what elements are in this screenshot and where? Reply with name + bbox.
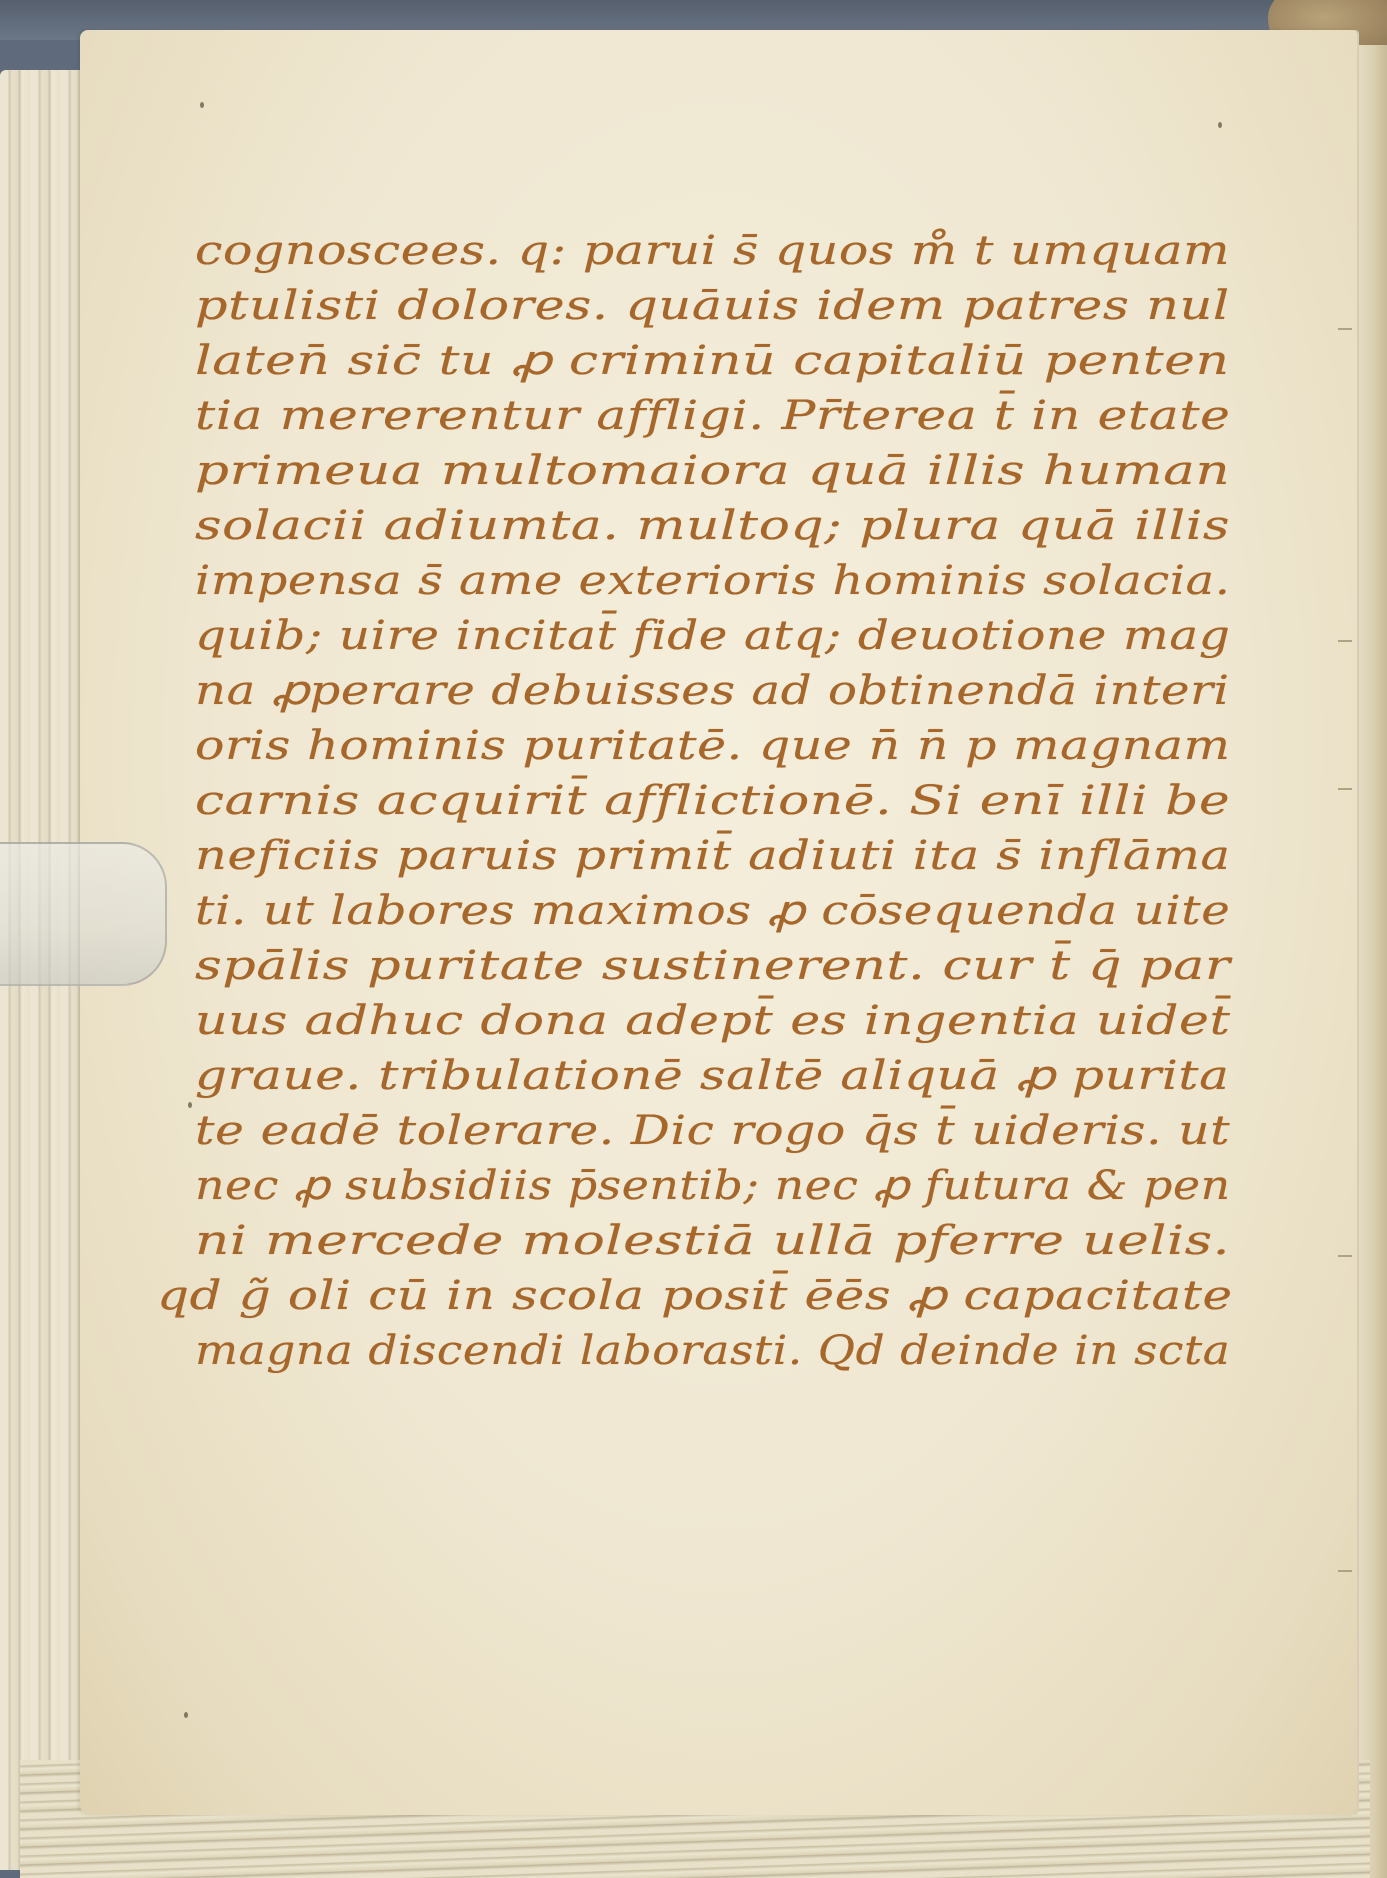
text-line: impensa s̄ ame exterioris hominis solaci… xyxy=(195,558,1231,604)
text-line: laten̄ sic̄ tu ꝓ criminū capitaliū pente… xyxy=(195,338,1230,384)
page-clip xyxy=(0,842,167,986)
text-line: ti. ut labores maximos ꝓ cōsequenda uite xyxy=(195,888,1230,934)
stain-spot xyxy=(1218,122,1222,128)
pricking-mark xyxy=(1338,1570,1352,1572)
page-edge-right xyxy=(1355,45,1387,1878)
pricking-mark xyxy=(1338,1255,1352,1257)
text-line: ptulisti dolores. quāuis idem patres nul xyxy=(195,283,1230,329)
text-line: magna discendi laborasti. Qd deinde in s… xyxy=(195,1328,1230,1374)
text-line: te eadē tolerare. Dic rogo q̄s t̄ uideri… xyxy=(195,1108,1230,1154)
text-line: nec ꝓ subsidiis p̄sentib; nec ꝓ futura &… xyxy=(195,1163,1231,1209)
text-line: solacii adiumta. multoq; plura quā illis xyxy=(195,503,1230,549)
text-line: qd g̃ oli cū in scola posit̄ ēēs ꝓ capac… xyxy=(157,1273,1233,1319)
text-line: neficiis paruis primit̄ adiuti ita s̄ in… xyxy=(195,833,1231,879)
text-line: na ꝓperare debuisses ad obtinendā interi xyxy=(195,668,1230,714)
pricking-mark xyxy=(1338,328,1352,330)
stain-spot xyxy=(200,102,204,108)
stain-spot xyxy=(188,1102,192,1108)
text-line: uus adhuc dona adept̄ es ingentia uidet̄ xyxy=(195,998,1231,1044)
stain-spot xyxy=(184,1712,188,1718)
text-line: primeua multomaiora quā illis human xyxy=(195,448,1230,494)
text-line: spālis puritate sustinerent. cur t̄ q̄ p… xyxy=(195,943,1231,989)
text-line: oris hominis puritatē. que n̄ n̄ p magna… xyxy=(195,723,1231,769)
text-line: graue. tribulationē saltē aliquā ꝓ purit… xyxy=(195,1053,1229,1099)
text-line: tia mererentur affligi. Pr̄terea t̄ in e… xyxy=(195,393,1231,439)
text-line: carnis acquirit̄ afflictionē. Si enī ill… xyxy=(195,778,1230,824)
text-line: quib; uire incitat̄ fide atq; deuotione … xyxy=(195,613,1230,659)
pricking-mark xyxy=(1338,788,1352,790)
pricking-mark xyxy=(1338,640,1352,642)
text-line: cognoscees. q: parui s̄ quos m̊ t umquam xyxy=(195,228,1230,274)
text-line: ni mercede molestiā ullā pferre uelis. xyxy=(195,1218,1230,1264)
